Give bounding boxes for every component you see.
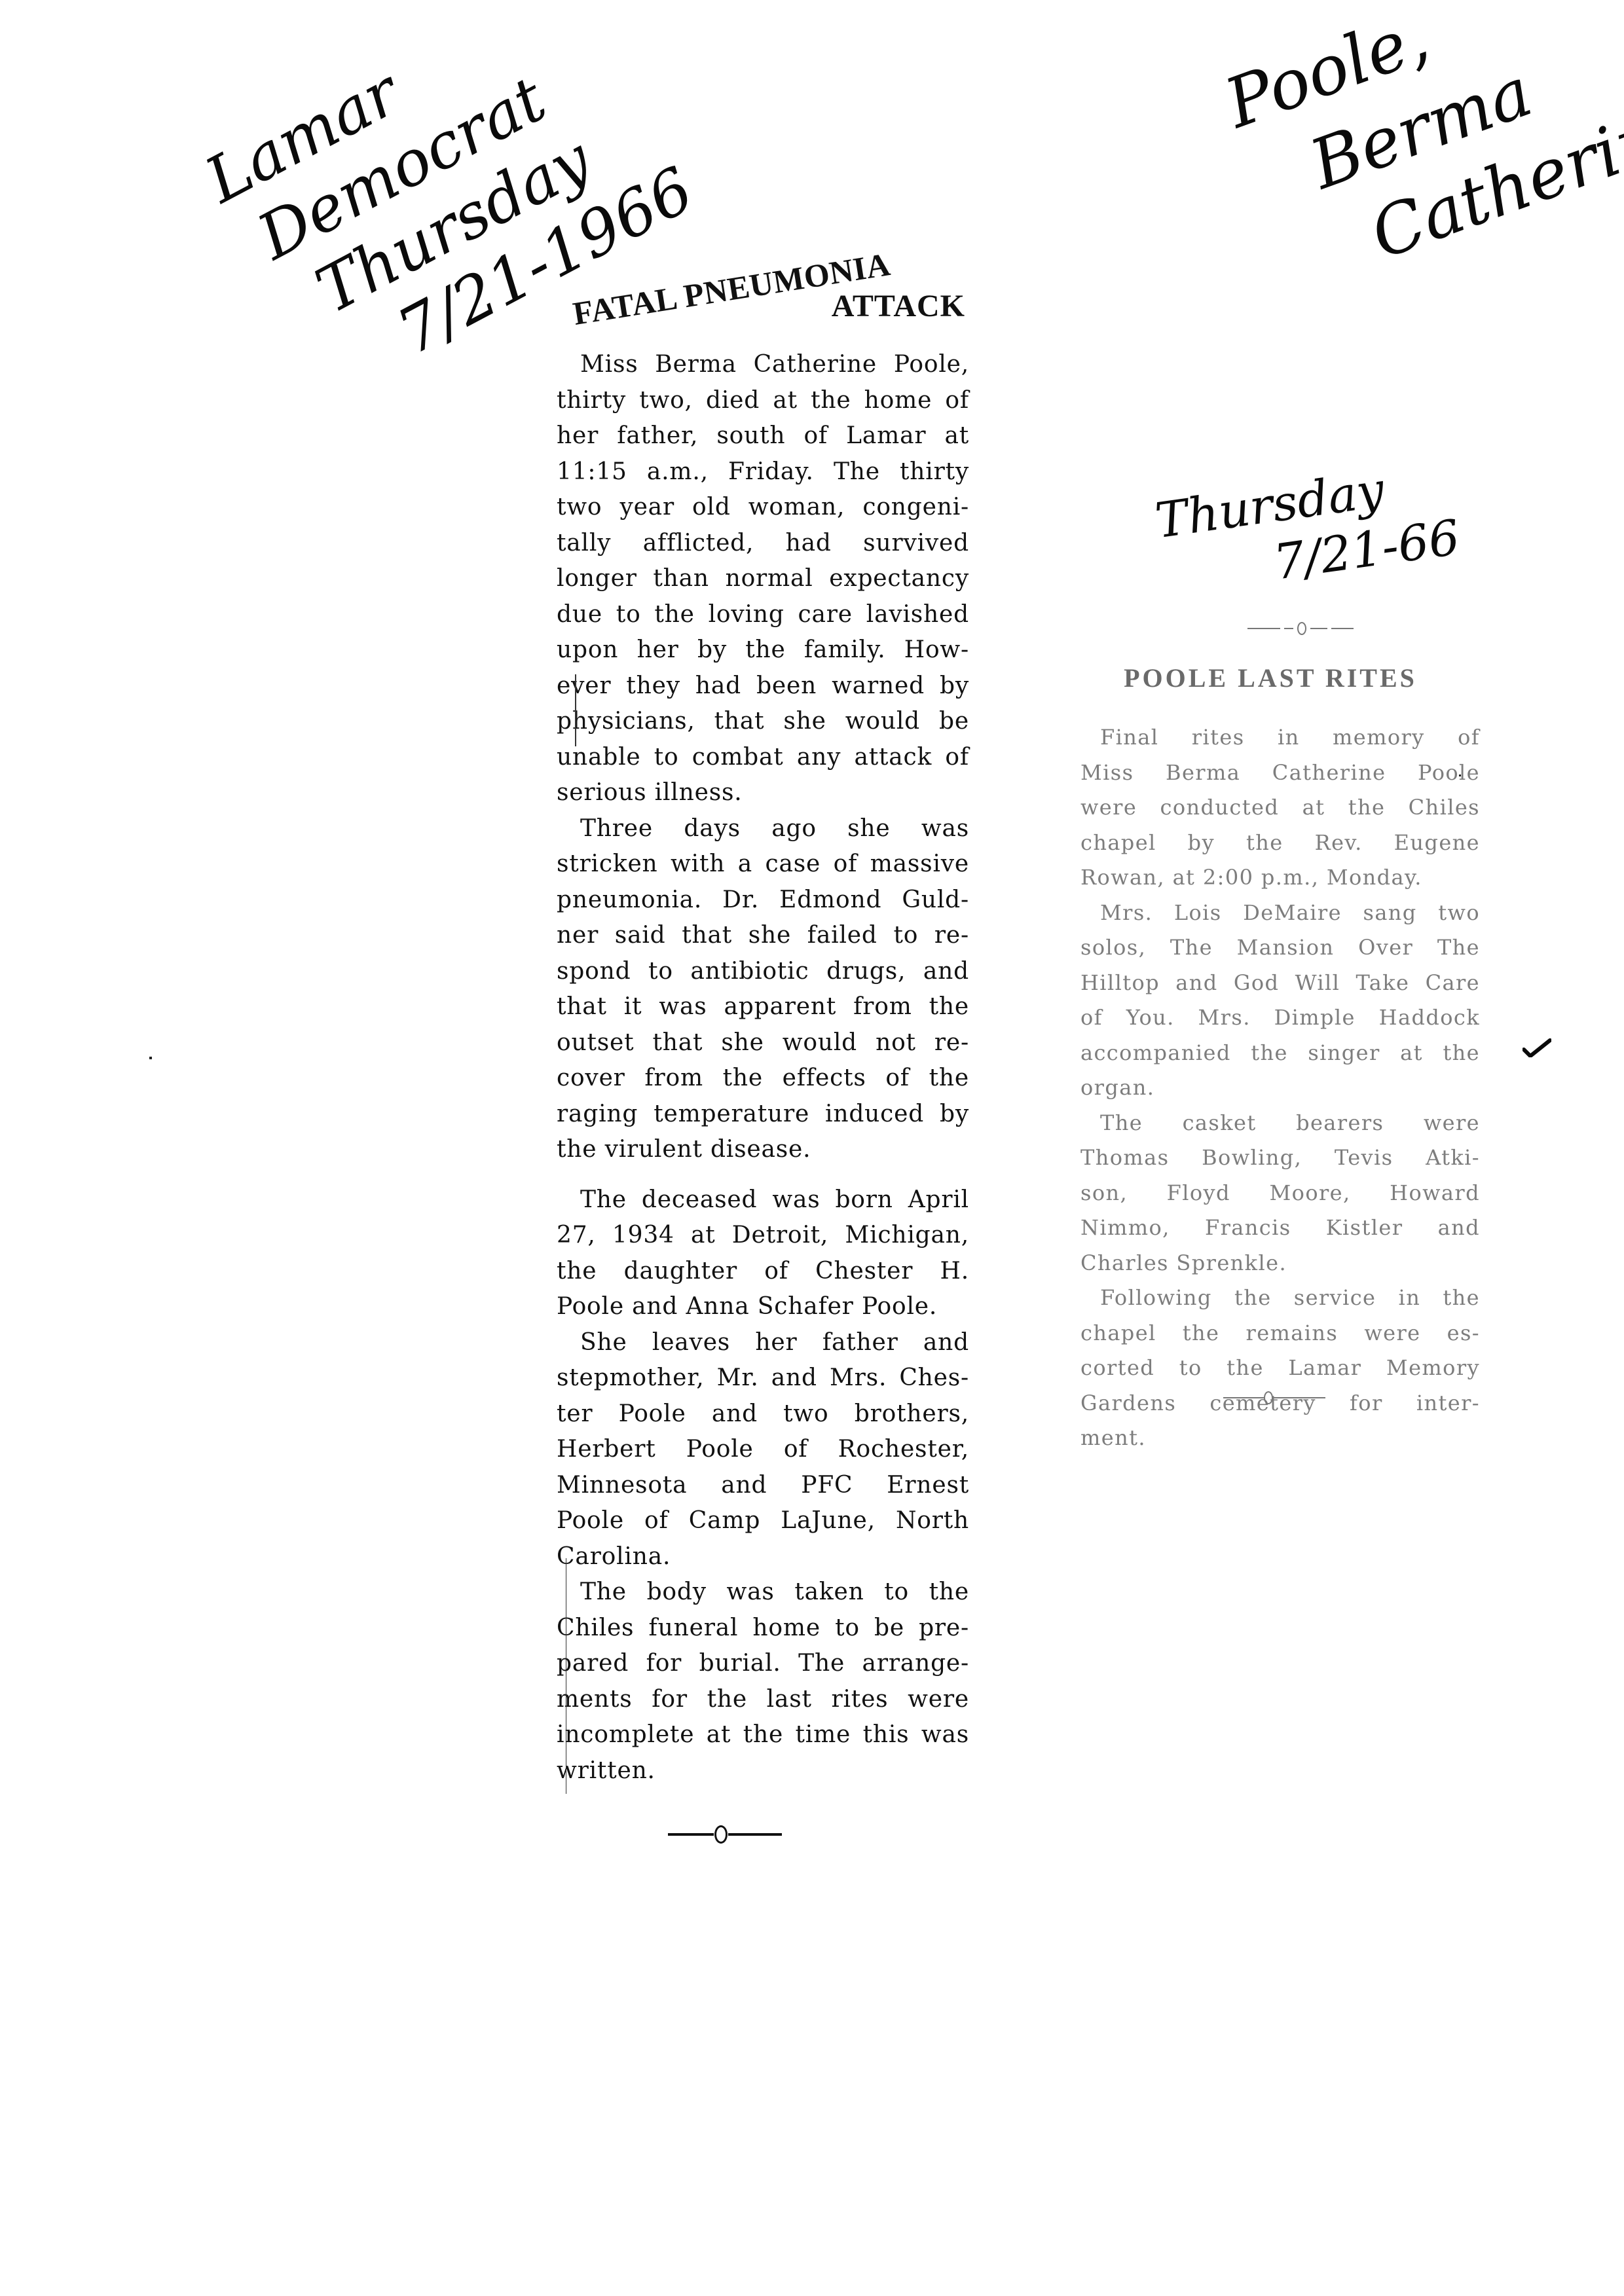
article-line: longer than normal expectancy — [557, 561, 969, 597]
article-line: spond to antibiotic drugs, and — [557, 954, 969, 990]
article-last-rites: Final rites in memory ofMiss Berma Cathe… — [1080, 720, 1480, 1456]
article-line: Rowan, at 2:00 p.m., Monday. — [1080, 860, 1480, 896]
article-line: were conducted at the Chiles — [1080, 790, 1480, 826]
article-line: pared for burial. The arrange- — [557, 1646, 969, 1682]
article-line: Mrs. Lois DeMaire sang two — [1080, 896, 1480, 931]
article-line: the daughter of Chester H. — [557, 1254, 969, 1290]
article-headline: FATAL PNEUMONIA ATTACK — [557, 249, 969, 347]
article-line: Thomas Bowling, Tevis Atki- — [1080, 1140, 1480, 1176]
article-line: She leaves her father and — [557, 1325, 969, 1361]
article-line: Carolina. — [557, 1539, 969, 1575]
article-body: Final rites in memory ofMiss Berma Cathe… — [1080, 720, 1480, 1456]
article-line: her father, south of Lamar at — [557, 418, 969, 454]
article-line: The body was taken to the — [557, 1575, 969, 1611]
article-line: serious illness. — [557, 775, 969, 811]
article-body: Miss Berma Catherine Poole,thirty two, d… — [557, 347, 969, 1789]
article-line: raging temperature induced by — [557, 1097, 969, 1133]
article-line: outset that she would not re- — [557, 1025, 969, 1061]
article-line: that it was apparent from the — [557, 989, 969, 1025]
column-rule — [575, 674, 576, 746]
article-headline-last-rites: POOLE LAST RITES — [1113, 663, 1428, 693]
article-line: ments for the last rites were — [557, 1682, 969, 1718]
article-line: 27, 1934 at Detroit, Michigan, — [557, 1218, 969, 1254]
article-line: upon her by the family. How- — [557, 632, 969, 668]
handwritten-note-name: Poole, Berma Catherine — [1205, 0, 1624, 305]
article-line: ment. — [1080, 1421, 1480, 1456]
article-line: 11:15 a.m., Friday. The thirty — [557, 454, 969, 490]
article-line: stricken with a case of massive — [557, 847, 969, 883]
article-line: stepmother, Mr. and Mrs. Ches- — [557, 1360, 969, 1396]
checkmark-icon — [1522, 1038, 1551, 1057]
end-ornament — [668, 1825, 782, 1844]
article-line: thirty two, died at the home of — [557, 383, 969, 419]
article-line: ever they had been warned by — [557, 668, 969, 704]
article-line: Poole and Anna Schafer Poole. — [557, 1289, 969, 1325]
article-line: tally afflicted, had survived — [557, 526, 969, 562]
article-line: unable to combat any attack of — [557, 740, 969, 776]
article-line: chapel the remains were es- — [1080, 1316, 1480, 1351]
article-line: Following the service in the — [1080, 1281, 1480, 1316]
article-line: written. — [557, 1753, 969, 1789]
article-line: son, Floyd Moore, Howard — [1080, 1176, 1480, 1211]
scan-speck — [1459, 774, 1461, 776]
article-line: the virulent disease. — [557, 1132, 969, 1168]
article-line: of You. Mrs. Dimple Haddock — [1080, 1000, 1480, 1036]
article-line: organ. — [1080, 1070, 1480, 1106]
faded-top-ornament — [1247, 622, 1354, 635]
article-line: Hilltop and God Will Take Care — [1080, 966, 1480, 1001]
article-line: due to the loving care lavished — [557, 597, 969, 633]
article-line: accompanied the singer at the — [1080, 1036, 1480, 1071]
article-line: Herbert Poole of Rochester, — [557, 1432, 969, 1468]
article-line: Chiles funeral home to be pre- — [557, 1611, 969, 1647]
column-rule — [566, 1558, 566, 1794]
article-line: The deceased was born April — [557, 1182, 969, 1218]
article-line: Final rites in memory of — [1080, 720, 1480, 756]
article-line: physicians, that she would be — [557, 704, 969, 740]
article-line: incomplete at the time this was — [557, 1717, 969, 1753]
article-line: two year old woman, congeni- — [557, 490, 969, 526]
article-line: solos, The Mansion Over The — [1080, 930, 1480, 966]
scan-speck — [149, 1057, 152, 1059]
article-line: Minnesota and PFC Ernest — [557, 1468, 969, 1504]
article-line: Poole of Camp LaJune, North — [557, 1503, 969, 1539]
article-line: Miss Berma Catherine Poole — [1080, 756, 1480, 791]
article-line: Miss Berma Catherine Poole, — [557, 347, 969, 383]
article-line: Charles Sprenkle. — [1080, 1246, 1480, 1281]
article-line: pneumonia. Dr. Edmond Guld- — [557, 883, 969, 919]
article-line: Three days ago she was — [557, 811, 969, 847]
article-line: ner said that she failed to re- — [557, 918, 969, 954]
article-line: The casket bearers were — [1080, 1106, 1480, 1141]
faded-end-ornament — [1223, 1391, 1325, 1404]
handwritten-note-date: Thursday 7/21-66 — [1153, 456, 1462, 603]
article-line: cover from the effects of the — [557, 1061, 969, 1097]
article-line: Nimmo, Francis Kistler and — [1080, 1211, 1480, 1246]
article-line: chapel by the Rev. Eugene — [1080, 826, 1480, 861]
article-fatal-pneumonia: FATAL PNEUMONIA ATTACK Miss Berma Cather… — [557, 249, 969, 1789]
article-line: corted to the Lamar Memory — [1080, 1351, 1480, 1386]
headline-line-2: ATTACK — [832, 288, 965, 324]
article-line: ter Poole and two brothers, — [557, 1396, 969, 1432]
